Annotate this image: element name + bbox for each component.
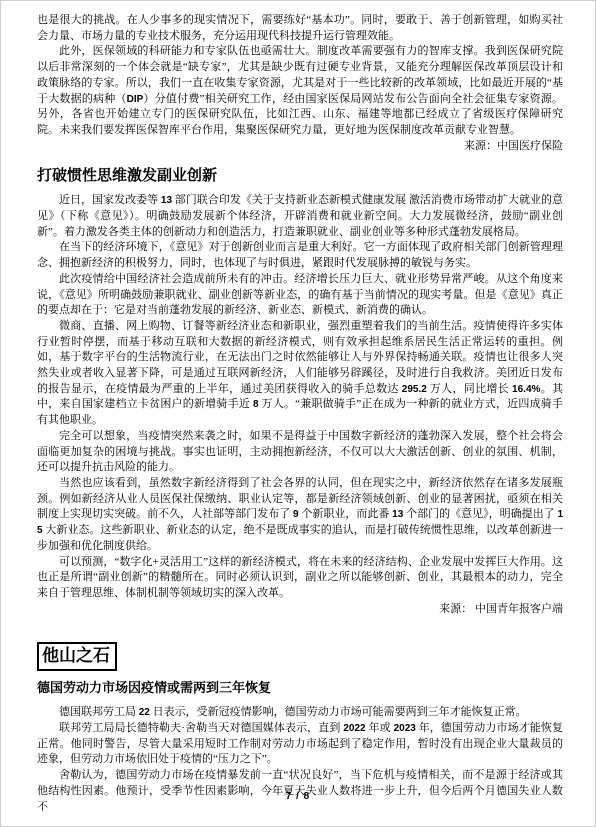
paragraph: 此次疫情给中国经济社会造成前所未有的冲击。经济增长压力巨大、就业形势异常严峻。从… [37, 272, 563, 319]
paragraph: 当然也应该看到，虽然数字新经济得到了社会各界的认同，但在现实之中，新经济依然存在… [37, 476, 563, 555]
paragraph: 德国联邦劳工局 22 日表示，受新冠疫情影响，德国劳动力市场可能需要两到三年才能… [37, 705, 563, 721]
paragraph: 完全可以想象，当疫情突然来袭之时，如果不是得益于中国数字新经济的蓬勃深入发展，整… [37, 429, 563, 476]
source-line: 来源：中国医疗保险 [37, 139, 563, 155]
article-title: 德国劳动力市场因疫情或需两到三年恢复 [37, 679, 563, 697]
article-side-job-innovation: 打破惯性思维激发副业创新 近日，国家发改委等 13 部门联合印发《关于支持新业态… [37, 165, 563, 617]
paragraph: 在当下的经济环境下，《意见》对于创新创业而言是重大利好。它一方面体现了政府相关部… [37, 240, 563, 271]
section-banner-row: 他山之石 [37, 642, 563, 671]
paragraph: 可以预测，“数字化+灵活用工”这样的新经济模式，将在未来的经济结构、企业发展中发… [37, 555, 563, 602]
article-medical-insurance: 也是很大的挑战。在人少事多的现实情况下，需要练好“基本功”。同时，要敢于、善于创… [37, 13, 563, 154]
article-body: 近日，国家发改委等 13 部门联合印发《关于支持新业态新模式健康发展 激活消费市… [37, 193, 563, 601]
page-number: 7 / 8 [0, 789, 596, 805]
source-line: 来源： 中国青年报客户端 [37, 602, 563, 618]
paragraph: 联邦劳工局局长德特勒夫·舍勒当天对德国媒体表示，直到 2022 年或 2023 … [37, 721, 563, 768]
article-title: 打破惯性思维激发副业创新 [37, 165, 563, 186]
paragraph: 也是很大的挑战。在人少事多的现实情况下，需要练好“基本功”。同时，要敢于、善于创… [37, 13, 563, 44]
paragraph: 微商、直播、网上购物、订餐等新经济业态和新职业，强烈重塑着我们的当前生活。疫情使… [37, 319, 563, 429]
section-banner: 他山之石 [37, 642, 117, 671]
paragraph: 此外，医保领域的科研能力和专家队伍也亟需壮大。制度改革需要强有力的智库支撑。我到… [37, 44, 563, 138]
paragraph: 近日，国家发改委等 13 部门联合印发《关于支持新业态新模式健康发展 激活消费市… [37, 193, 563, 240]
document-page: 也是很大的挑战。在人少事多的现实情况下，需要练好“基本功”。同时，要敢于、善于创… [0, 0, 596, 827]
article-body: 也是很大的挑战。在人少事多的现实情况下，需要练好“基本功”。同时，要敢于、善于创… [37, 13, 563, 139]
